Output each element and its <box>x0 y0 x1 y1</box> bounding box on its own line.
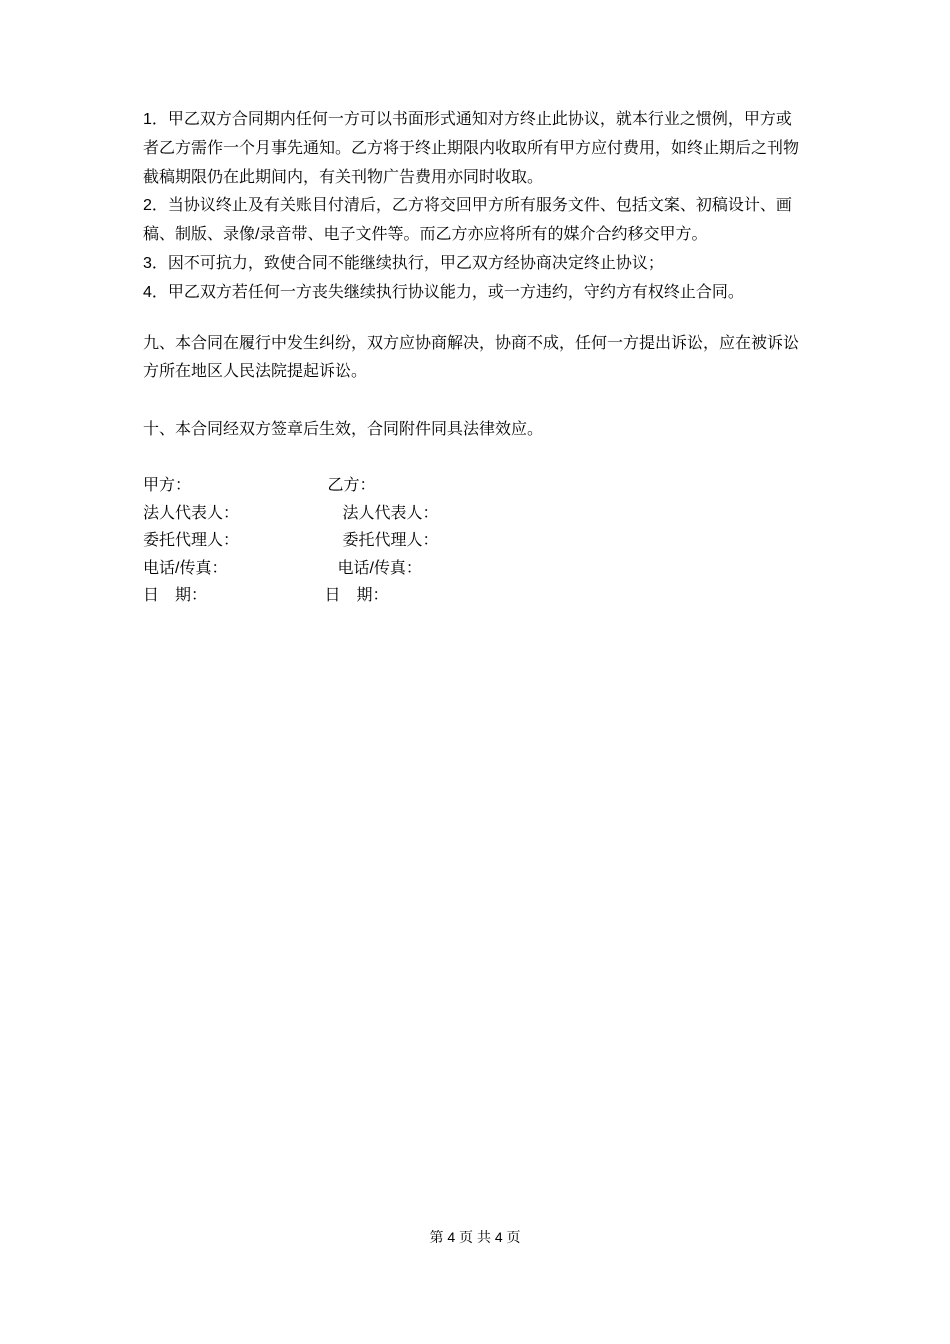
document-page: 1．甲乙双方合同期内任何一方可以书面形式通知对方终止此协议，就本行业之惯例，甲方… <box>0 0 950 1344</box>
signature-row-legal-rep: 法人代表人： 法人代表人： <box>143 500 801 528</box>
signature-row-agent: 委托代理人： 委托代理人： <box>143 527 801 555</box>
signature-row-party: 甲方： 乙方： <box>143 472 801 500</box>
section-dispute-resolution: 九、本合同在履行中发生纠纷，双方应协商解决，协商不成，任何一方提出诉讼，应在被诉… <box>143 330 801 388</box>
party-a-phone-fax-label: 电话/传真： <box>143 555 323 583</box>
signature-block: 甲方： 乙方： 法人代表人： 法人代表人： 委托代理人： 委托代理人： 电话/传… <box>143 472 801 610</box>
signature-row-date: 日 期： 日 期： <box>143 582 801 610</box>
party-a-date-label: 日 期： <box>143 582 323 610</box>
contract-body: 1．甲乙双方合同期内任何一方可以书面形式通知对方终止此协议，就本行业之惯例，甲方… <box>143 106 801 610</box>
party-b-phone-fax-label: 电话/传真： <box>337 555 421 583</box>
section-effectiveness: 十、本合同经双方签章后生效，合同附件同具法律效应。 <box>143 416 801 445</box>
clause-breach-termination: 4．甲乙双方若任何一方丧失继续执行协议能力，或一方违约，守约方有权终止合同。 <box>143 279 801 308</box>
party-b-date-label: 日 期： <box>324 582 388 610</box>
signature-row-phone-fax: 电话/传真： 电话/传真： <box>143 555 801 583</box>
party-b-agent-label: 委托代理人： <box>342 527 438 555</box>
party-a-label: 甲方： <box>143 472 323 500</box>
clause-force-majeure: 3．因不可抗力，致使合同不能继续执行，甲乙双方经协商决定终止协议； <box>143 250 801 279</box>
party-a-legal-rep-label: 法人代表人： <box>143 500 323 528</box>
party-a-agent-label: 委托代理人： <box>143 527 323 555</box>
party-b-label: 乙方： <box>327 472 375 500</box>
clause-termination-notice: 1．甲乙双方合同期内任何一方可以书面形式通知对方终止此协议，就本行业之惯例，甲方… <box>143 106 801 192</box>
clause-file-return: 2．当协议终止及有关账目付清后，乙方将交回甲方所有服务文件、包括文案、初稿设计、… <box>143 192 801 250</box>
party-b-legal-rep-label: 法人代表人： <box>342 500 438 528</box>
page-number: 第 4 页 共 4 页 <box>0 1228 950 1246</box>
